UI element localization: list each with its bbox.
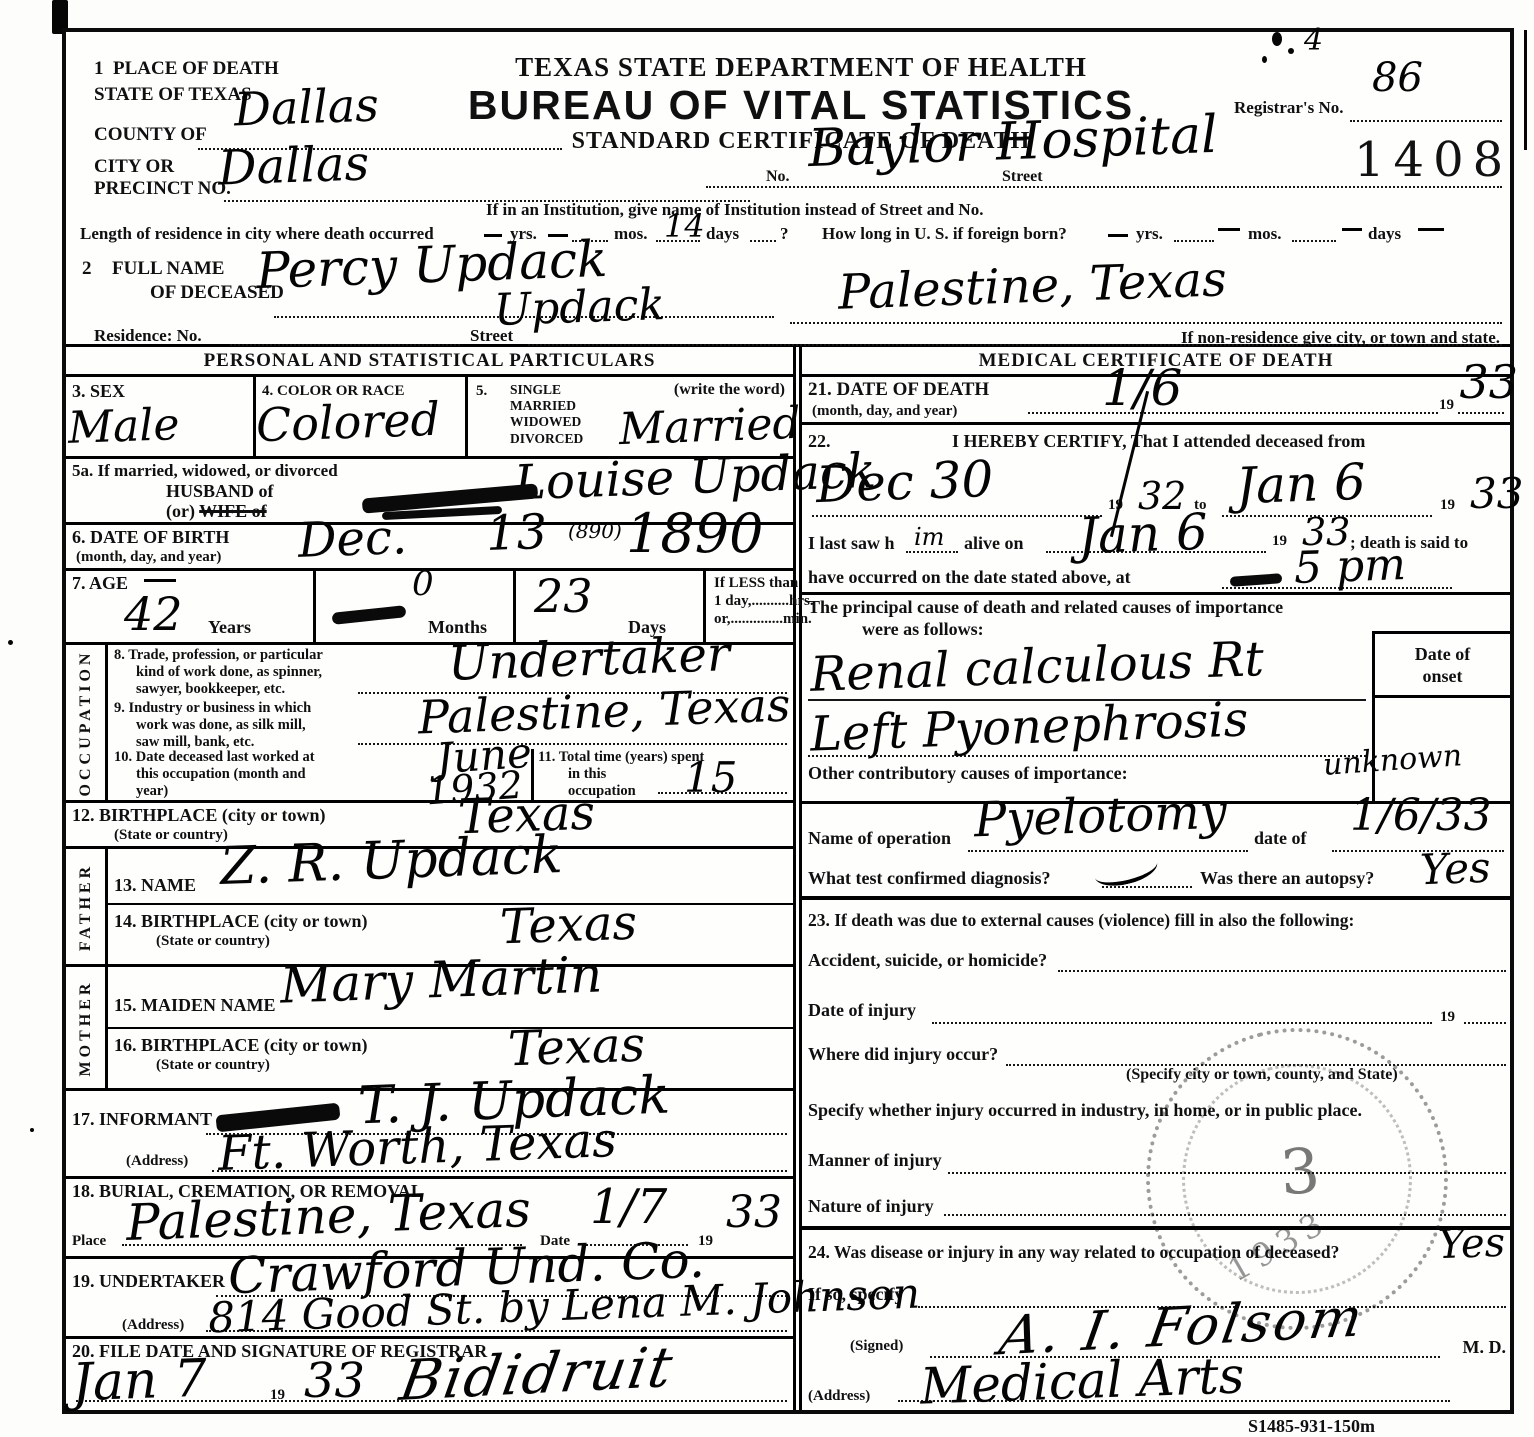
place-of-death-label: 1 PLACE OF DEATH — [94, 58, 279, 80]
dob-label: 6. DATE OF BIRTH — [72, 527, 229, 548]
totaltime-value: 15 — [684, 757, 737, 799]
filedate-row: 20. FILE DATE AND SIGNATURE OF REGISTRAR… — [66, 1339, 793, 1410]
spouse-label: 5a. If married, widowed, or divorced — [72, 461, 338, 481]
or-wife-of-label: (or) WIFE of — [166, 501, 267, 522]
lastsaw-hw: im — [914, 525, 944, 549]
burial-place-label: Place — [72, 1233, 106, 1250]
certify-y2-value: 33 — [1470, 473, 1523, 515]
left-section-title: PERSONAL AND STATISTICAL PARTICULARS — [66, 347, 793, 377]
age-less-line2: 1 day,..........hrs. — [714, 593, 814, 610]
principal-cause-block: The principal cause of death and related… — [802, 595, 1510, 804]
dob-small-note: (890) — [568, 521, 622, 541]
mother-block: MOTHER 15. MAIDEN NAME Mary Martin 16. B… — [66, 967, 793, 1091]
operation-row: Name of operation Pyelotomy date of 1/6/… — [802, 804, 1510, 860]
accident-label: Accident, suicide, or homicide? — [808, 950, 1047, 971]
mother-bp-label: 16. BIRTHPLACE (city or town) — [114, 1035, 368, 1056]
father-name-value: Z. R. Updack — [219, 829, 563, 893]
lastsaw-value: Jan 6 — [1077, 507, 1208, 561]
age-years-cell: 7. AGE 42 Years — [66, 571, 316, 642]
operation-value: Pyelotomy — [973, 788, 1227, 845]
undertaker-label: 19. UNDERTAKER — [72, 1271, 225, 1292]
certify-y2: 19 — [1440, 497, 1455, 514]
signed-md-label: M. D. — [1463, 1337, 1507, 1358]
institution-note: If in an Institution, give name of Insti… — [486, 200, 983, 220]
dob-day-value: 13 — [485, 508, 548, 558]
filedate-year-value: 33 — [304, 1357, 365, 1405]
test-autopsy-row: What test confirmed diagnosis? Was there… — [802, 860, 1510, 900]
certificate-number: 1408 — [1354, 132, 1512, 188]
nature-label: Nature of injury — [808, 1196, 934, 1217]
days2-label: days — [1368, 224, 1401, 244]
father-name-label: 13. NAME — [114, 875, 196, 896]
race-value: Colored — [255, 396, 440, 448]
mos-label: mos. — [614, 224, 648, 244]
operation-date-label: date of — [1254, 828, 1307, 849]
father-block: FATHER 13. NAME Z. R. Updack 14. BIRTHPL… — [66, 849, 793, 967]
occupation-block: OCCUPATION 8. Trade, profession, or part… — [66, 645, 793, 803]
no-label: No. — [766, 168, 790, 186]
contributory-label: Other contributory causes of importance: — [808, 763, 1128, 784]
mother-name-row: 15. MAIDEN NAME Mary Martin — [108, 967, 793, 1029]
dob-month-value: Dec. — [297, 513, 408, 565]
mother-bp-value: Texas — [507, 1021, 646, 1074]
lastsaw-y: 19 — [1272, 533, 1287, 550]
principal-text-1: The principal cause of death and related… — [808, 597, 1283, 618]
marital-cell: 5. SINGLE MARRIED WIDOWED DIVORCED (writ… — [468, 377, 793, 456]
birthplace-label: 12. BIRTHPLACE (city or town) — [72, 805, 326, 826]
dod-year-prefix: 19 — [1439, 397, 1454, 414]
institution-value: Baylor Hospital — [807, 109, 1218, 175]
father-bp-sub-label: (State or country) — [156, 933, 270, 950]
undertaker-addr-label: (Address) — [122, 1317, 184, 1334]
sex-label: 3. SEX — [72, 381, 125, 402]
occurred-text: have occurred on the date stated above, … — [808, 567, 1131, 588]
external-causes-row: 23. If death was due to external causes … — [802, 900, 1510, 936]
occupation-side-strip: OCCUPATION — [66, 645, 108, 800]
sex-race-marital-row: 3. SEX Male 4. COLOR OR RACE Colored 5. … — [66, 377, 793, 459]
occupation-fields: 8. Trade, profession, or particular kind… — [108, 645, 793, 800]
accident-row: Accident, suicide, or homicide? — [802, 936, 1510, 982]
mother-bp-sub-label: (State or country) — [156, 1057, 270, 1074]
precinct-label: PRECINCT NO. — [94, 178, 231, 200]
age-years-value: 42 — [124, 591, 183, 637]
state-label: STATE OF TEXAS — [94, 84, 252, 106]
mother-side-label: MOTHER — [77, 979, 95, 1076]
injury-year-prefix: 19 — [1440, 1009, 1455, 1026]
scratched-out-word — [1230, 573, 1283, 587]
fullname-no: 2 — [82, 258, 92, 280]
mother-name-label: 15. MAIDEN NAME — [114, 995, 276, 1016]
stamp-day: 3 — [1278, 1134, 1322, 1210]
cause-1-value: Renal calculous Rt — [809, 635, 1264, 699]
onset-label-1: Date of — [1375, 644, 1510, 665]
certify-from-value: Dec 30 — [815, 454, 994, 510]
fullname-value-2: Updack — [493, 283, 665, 333]
physician-addr-value: Medical Arts — [919, 1350, 1245, 1411]
onset-label-2: onset — [1375, 666, 1510, 687]
lastsaw-pre: I last saw h — [808, 533, 895, 554]
residence-label: Residence: No. — [94, 326, 202, 346]
physician-addr-label: (Address) — [808, 1388, 870, 1405]
death-certificate-scan: 1 PLACE OF DEATH STATE OF TEXAS COUNTY O… — [0, 0, 1534, 1437]
father-bp-value: Texas — [499, 898, 638, 951]
mos2-label: mos. — [1248, 224, 1282, 244]
yrs2-label: yrs. — [1136, 224, 1163, 244]
autopsy-value: Yes — [1419, 847, 1491, 891]
age-label: 7. AGE — [72, 573, 128, 594]
totaltime-label-1: 11. Total time (years) spent — [538, 749, 704, 766]
trade-value: Undertaker — [447, 630, 730, 688]
lastsaw-mid: alive on — [964, 533, 1024, 554]
operation-date-value: 1/6/33 — [1350, 794, 1492, 838]
injury-date-label: Date of injury — [808, 1000, 916, 1021]
manner-label: Manner of injury — [808, 1150, 942, 1171]
certify-to-value: Jan 6 — [1235, 457, 1366, 511]
marital-note: (write the word) — [674, 381, 785, 399]
totaltime-label-2: in this — [568, 766, 606, 783]
trade-label-2: kind of work done, as spinner, — [136, 664, 322, 681]
dod-label: 21. DATE OF DEATH — [808, 379, 989, 401]
mother-side-strip: MOTHER — [66, 967, 108, 1088]
sex-cell: 3. SEX Male — [66, 377, 256, 456]
registrar-no-label: Registrar's No. — [1234, 98, 1344, 118]
cause-2-value: Left Pyonephrosis — [809, 695, 1249, 758]
scan-artifact — [1524, 30, 1527, 150]
father-side-strip: FATHER — [66, 849, 108, 964]
external-label: 23. If death was due to external causes … — [808, 910, 1354, 931]
father-name-row: 13. NAME Z. R. Updack — [108, 849, 793, 905]
husband-of-label: HUSBAND of — [166, 481, 274, 502]
autopsy-label: Was there an autopsy? — [1200, 868, 1374, 889]
registrar-signature: Bididruit — [396, 1340, 678, 1410]
informant-row: 17. INFORMANT T. J. Updack (Address) Ft.… — [66, 1091, 793, 1179]
age-days-value: 23 — [534, 573, 593, 619]
marital-options: SINGLE MARRIED WIDOWED DIVORCED — [510, 382, 583, 447]
scratched-out-mark — [332, 605, 407, 625]
mother-name-value: Mary Martin — [279, 949, 603, 1010]
fullname-label: FULL NAME — [112, 258, 224, 280]
principal-text-2: were as follows: — [862, 619, 984, 640]
injury-where-label: Where did injury occur? — [808, 1044, 998, 1065]
county-label: COUNTY OF — [94, 124, 207, 146]
lastworked-label-3: year) — [136, 783, 168, 800]
race-cell: 4. COLOR OR RACE Colored — [256, 377, 468, 456]
trade-label-1: 8. Trade, profession, or particular — [114, 647, 323, 664]
sex-value: Male — [67, 403, 180, 451]
form-number: S1485-931-150m — [1248, 1416, 1375, 1437]
department-title: TEXAS STATE DEPARTMENT OF HEALTH — [476, 52, 1126, 83]
marital-no: 5. — [476, 383, 487, 400]
father-side-label: FATHER — [77, 862, 95, 950]
age-months-value: 0 — [412, 567, 434, 601]
father-bp-label: 14. BIRTHPLACE (city or town) — [114, 911, 368, 932]
ink-mark: 4 — [1304, 26, 1323, 56]
city-value: Dallas — [217, 139, 370, 192]
burial-year-value: 33 — [726, 1191, 782, 1235]
residence-days-value: 14 — [664, 210, 705, 242]
question-mark: ? — [780, 224, 789, 244]
filedate-value: Jan 7 — [71, 1353, 208, 1410]
foreign-born-label: How long in U. S. if foreign born? — [822, 224, 1067, 244]
date-of-death-row: 21. DATE OF DEATH (month, day, and year)… — [802, 377, 1510, 425]
age-months-cell: 0 Months — [316, 571, 516, 642]
trade-label-3: sawyer, bookkeeper, etc. — [136, 681, 285, 698]
test-label: What test confirmed diagnosis? — [808, 868, 1051, 889]
operation-label: Name of operation — [808, 828, 951, 849]
marital-value: Married — [619, 402, 802, 452]
lastworked-row: 10. Date deceased last worked at this oc… — [108, 749, 793, 800]
fullname-place-value: Palestine, Texas — [837, 255, 1227, 317]
dod-sub-label: (month, day, and year) — [812, 403, 957, 420]
dod-year-value: 33 — [1459, 359, 1518, 405]
onset-value: unknown — [1322, 741, 1463, 781]
informant-label: 17. INFORMANT — [72, 1109, 212, 1130]
days-label: days — [706, 224, 739, 244]
lastworked-label-1: 10. Date deceased last worked at — [114, 749, 315, 766]
related-value: Yes — [1437, 1223, 1505, 1265]
age-less-line1: If LESS than — [714, 575, 798, 592]
occupation-side-label: OCCUPATION — [77, 649, 95, 796]
signed-label: (Signed) — [850, 1338, 903, 1355]
registrar-no-value: 86 — [1372, 58, 1423, 98]
industry-label-1: 9. Industry or business in which — [114, 700, 311, 717]
dob-year-value: 1890 — [626, 507, 763, 561]
personal-particulars-column: PERSONAL AND STATISTICAL PARTICULARS 3. … — [66, 347, 793, 1410]
city-or-label: CITY OR — [94, 156, 174, 178]
industry-label-2: work was done, as silk mill, — [136, 717, 306, 734]
age-years-label: Years — [208, 617, 251, 638]
scan-artifact — [30, 1128, 34, 1132]
scan-artifact — [8, 640, 13, 645]
dob-sub-label: (month, day, and year) — [76, 549, 221, 566]
undertaker-row: 19. UNDERTAKER Crawford Und. Co. (Addres… — [66, 1259, 793, 1339]
column-divider — [793, 347, 802, 1410]
county-value: Dallas — [233, 81, 379, 132]
occurred-value: 5 pm — [1293, 543, 1406, 591]
injury-date-row: Date of injury 19 — [802, 982, 1510, 1034]
certificate-header: 1 PLACE OF DEATH STATE OF TEXAS COUNTY O… — [66, 32, 1510, 344]
certify-block: 22. I HEREBY CERTIFY, That I attended de… — [802, 425, 1510, 595]
birthplace-sub-label: (State or country) — [114, 827, 228, 844]
burial-date-value: 1/7 — [590, 1183, 667, 1231]
certify-text: I HEREBY CERTIFY, That I attended deceas… — [952, 431, 1365, 452]
lastworked-label-2: this occupation (month and — [136, 766, 306, 783]
physician-address-row: (Address) Medical Arts — [802, 1364, 1510, 1410]
informant-addr-label: (Address) — [126, 1153, 188, 1170]
onset-column: Date of onset unknown — [1372, 631, 1510, 804]
